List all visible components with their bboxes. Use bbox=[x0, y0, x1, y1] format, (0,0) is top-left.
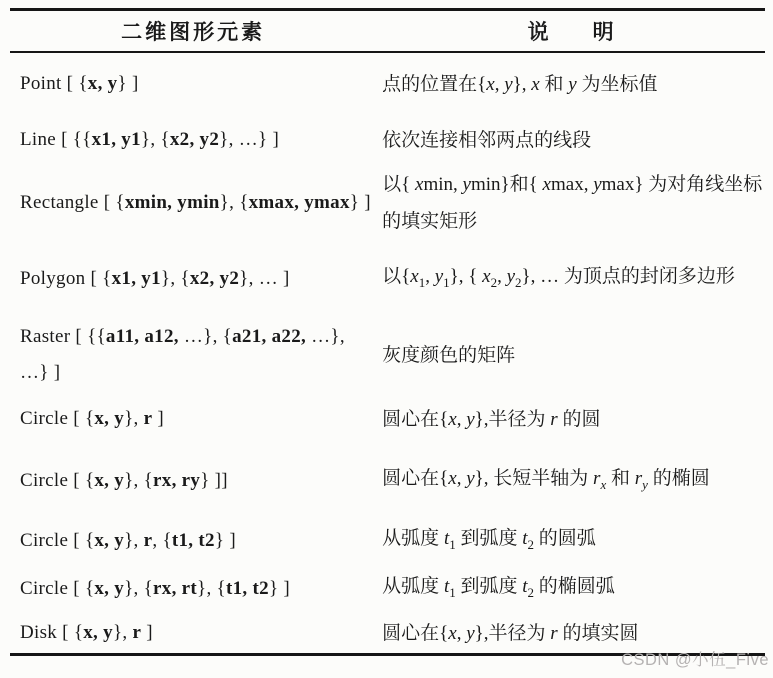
description-cell: 灰度颜色的矩阵 bbox=[376, 337, 765, 374]
description-cell: 圆心在{x, y},半径为 r 的圆 bbox=[376, 401, 765, 438]
element-cell: Polygon [ {x1, y1}, {x2, y2}, … ] bbox=[10, 261, 376, 297]
element-cell: Raster [ {{a11, a12, …}, {a21, a22, …}, … bbox=[10, 319, 376, 391]
table-row-rectangle: Rectangle [ {xmin, ymin}, {xmax, ymax} ]… bbox=[10, 165, 765, 241]
column-header-description: 说 明 bbox=[376, 16, 765, 46]
description-cell: 点的位置在{x, y}, x 和 y 为坐标值 bbox=[376, 66, 765, 103]
element-cell: Rectangle [ {xmin, ymin}, {xmax, ymax} ] bbox=[10, 185, 376, 221]
element-cell: Point [ {x, y} ] bbox=[10, 66, 376, 102]
graphics-elements-table: 二维图形元素 说 明 Point [ {x, y} ] 点的位置在{x, y},… bbox=[10, 8, 765, 656]
element-cell: Circle [ {x, y}, r, {t1, t2} ] bbox=[10, 523, 376, 559]
table-row-circle: Circle [ {x, y}, r ] 圆心在{x, y},半径为 r 的圆 bbox=[10, 393, 765, 445]
description-cell: 以{ xmin, ymin}和{ xmax, ymax} 为对角线坐标的填实矩形 bbox=[376, 166, 765, 240]
description-cell: 依次连接相邻两点的线段 bbox=[376, 122, 765, 159]
description-cell: 从弧度 t1 到弧度 t2 的圆弧 bbox=[376, 520, 765, 563]
element-cell: Circle [ {x, y}, {rx, ry} ]] bbox=[10, 463, 376, 499]
element-cell: Disk [ {x, y}, r ] bbox=[10, 615, 376, 651]
column-header-elements: 二维图形元素 bbox=[10, 16, 376, 46]
table-row-circle-ellipse: Circle [ {x, y}, {rx, ry} ]] 圆心在{x, y}, … bbox=[10, 445, 765, 517]
table-header-row: 二维图形元素 说 明 bbox=[10, 8, 765, 53]
csdn-watermark: CSDN @小伍_Five bbox=[621, 646, 769, 670]
column-header-description-char-2: 明 bbox=[593, 16, 614, 46]
element-cell: Circle [ {x, y}, {rx, rt}, {t1, t2} ] bbox=[10, 571, 376, 607]
description-cell: 圆心在{x, y}, 长短半轴为 rx 和 ry 的椭圆 bbox=[376, 460, 765, 503]
table-row-circle-arc: Circle [ {x, y}, r, {t1, t2} ] 从弧度 t1 到弧… bbox=[10, 517, 765, 565]
table-row-circle-elliptic-arc: Circle [ {x, y}, {rx, rt}, {t1, t2} ] 从弧… bbox=[10, 565, 765, 613]
column-header-description-char-1: 说 bbox=[528, 16, 549, 46]
element-cell: Line [ {{x1, y1}, {x2, y2}, …} ] bbox=[10, 122, 376, 158]
table-row-raster: Raster [ {{a11, a12, …}, {a21, a22, …}, … bbox=[10, 317, 765, 393]
description-cell: 从弧度 t1 到弧度 t2 的椭圆弧 bbox=[376, 568, 765, 611]
element-cell: Circle [ {x, y}, r ] bbox=[10, 401, 376, 437]
table-row-line: Line [ {{x1, y1}, {x2, y2}, …} ] 依次连接相邻两… bbox=[10, 115, 765, 165]
table-row-polygon: Polygon [ {x1, y1}, {x2, y2}, … ] 以{x1, … bbox=[10, 241, 765, 317]
description-cell: 以{x1, y1}, { x2, y2}, … 为顶点的封闭多边形 bbox=[376, 258, 765, 301]
table-row-point: Point [ {x, y} ] 点的位置在{x, y}, x 和 y 为坐标值 bbox=[10, 53, 765, 115]
